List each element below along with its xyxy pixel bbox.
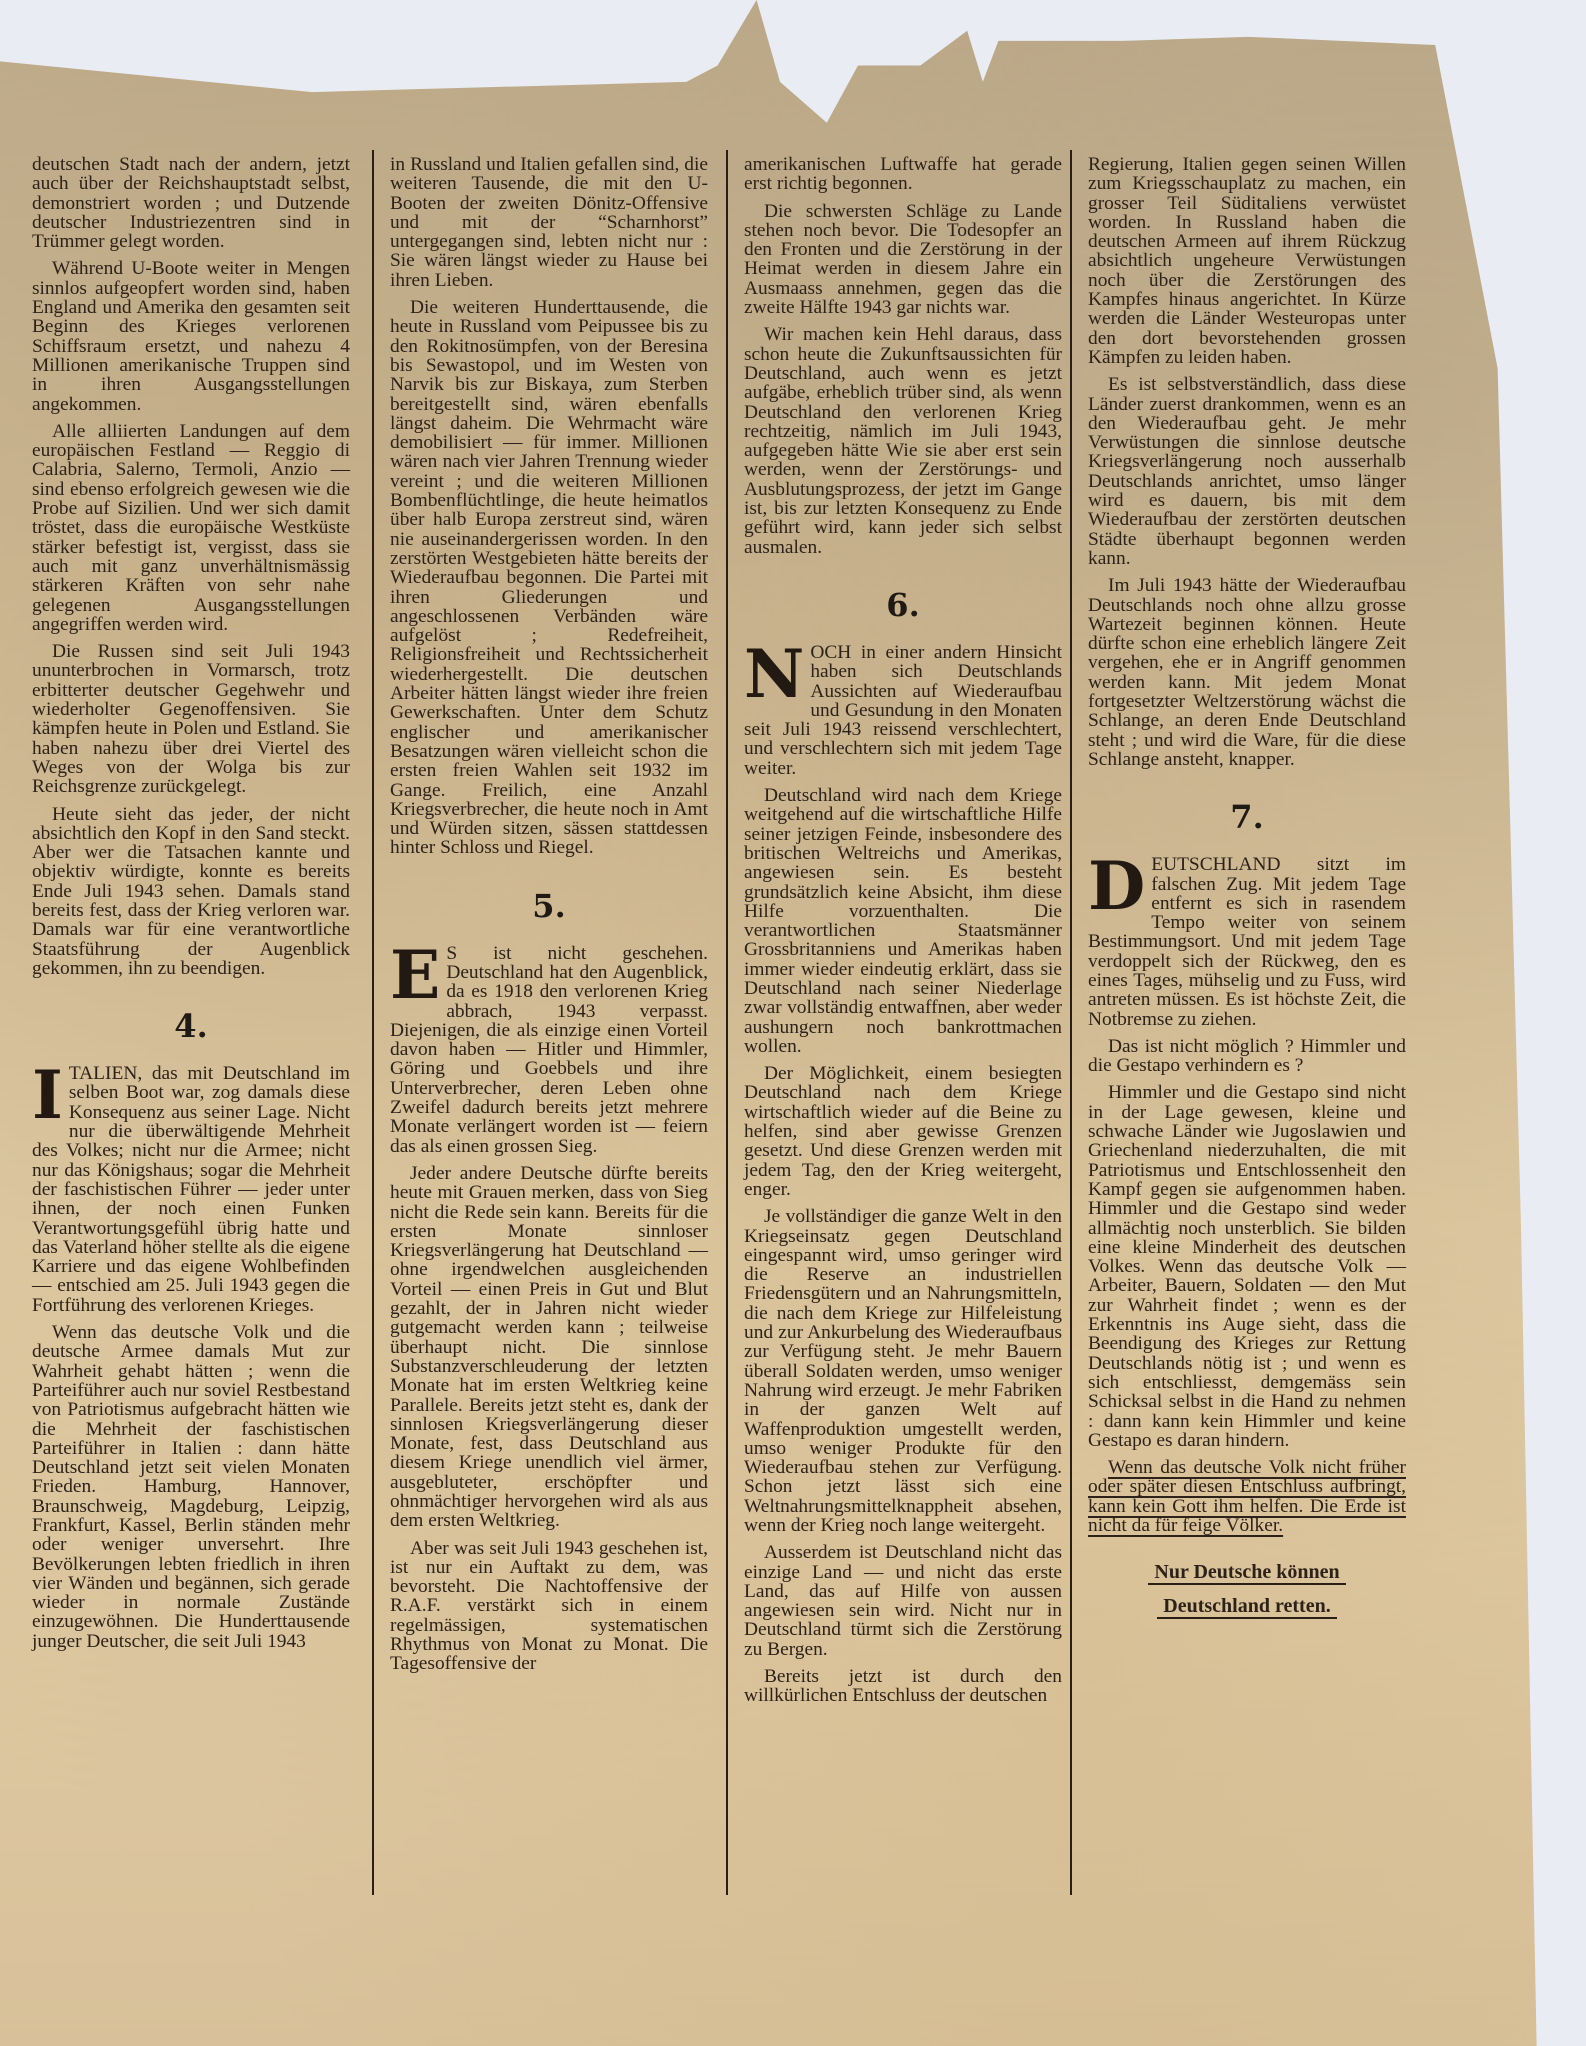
article-paragraph: Während U-Boote weiter in Mengen sinnlos… xyxy=(32,259,350,413)
article-paragraph: Regierung, Italien gegen seinen Willen z… xyxy=(1088,155,1406,367)
article-paragraph: Wenn das deutsche Volk und die deutsche … xyxy=(32,1323,350,1651)
column-rule xyxy=(372,150,374,1895)
article-paragraph: Aber was seit Juli 1943 geschehen ist, i… xyxy=(390,1539,708,1674)
lead-paragraph: ES ist nicht geschehen. Deutschland hat … xyxy=(390,944,708,1156)
emphasis-paragraph: Wenn das deutsche Volk nicht früher oder… xyxy=(1088,1458,1406,1535)
article-paragraph: amerikanischen Luftwaffe hat gerade erst… xyxy=(744,155,1062,194)
article-paragraph: Wir machen kein Hehl daraus, dass schon … xyxy=(744,325,1062,557)
column-2: in Russland und Italien gefallen sind, d… xyxy=(390,155,708,1682)
section-number: 5. xyxy=(390,886,708,926)
article-paragraph: Der Möglichkeit, einem besiegten Deutsch… xyxy=(744,1064,1062,1199)
drop-cap: I xyxy=(32,1068,63,1122)
article-paragraph: Ausserdem ist Deutschland nicht das einz… xyxy=(744,1543,1062,1659)
column-4: Regierung, Italien gegen seinen Willen z… xyxy=(1088,155,1406,1623)
slogan-line: Deutschland retten. xyxy=(1157,1595,1336,1619)
drop-cap: E xyxy=(390,948,440,1002)
article-paragraph: Deutschland wird nach dem Kriege weitgeh… xyxy=(744,786,1062,1056)
drop-cap: N xyxy=(744,647,804,701)
article-paragraph: Die Russen sind seit Juli 1943 ununterbr… xyxy=(32,642,350,796)
drop-cap: D xyxy=(1088,859,1145,913)
section-number: 7. xyxy=(1088,797,1406,837)
article-paragraph: Heute sieht das jeder, der nicht absicht… xyxy=(32,805,350,979)
article-paragraph: Alle alliierten Landungen auf dem europä… xyxy=(32,422,350,634)
section-number: 4. xyxy=(32,1006,350,1046)
article-paragraph: Die weiteren Hunderttausende, die heute … xyxy=(390,298,708,858)
article-paragraph: Jeder andere Deutsche dürfte bereits heu… xyxy=(390,1164,708,1531)
section-number: 6. xyxy=(744,585,1062,625)
article-paragraph: Himmler und die Gestapo sind nicht in de… xyxy=(1088,1083,1406,1450)
article-paragraph: Je vollständiger die ganze Welt in den K… xyxy=(744,1207,1062,1535)
lead-paragraph: DEUTSCHLAND sitzt im falschen Zug. Mit j… xyxy=(1088,855,1406,1029)
article-paragraph: Die schwersten Schläge zu Lande stehen n… xyxy=(744,202,1062,318)
column-3: amerikanischen Luftwaffe hat gerade erst… xyxy=(744,155,1062,1714)
article-paragraph: Das ist nicht möglich ? Himmler und die … xyxy=(1088,1037,1406,1076)
lead-text: TALIEN, das mit Deutschland im selben Bo… xyxy=(32,1063,350,1316)
closing-slogan: Nur Deutsche könnenDeutschland retten. xyxy=(1088,1555,1406,1623)
column-1: deutschen Stadt nach der andern, jetzt a… xyxy=(32,155,350,1659)
article-paragraph: Bereits jetzt ist durch den willkürliche… xyxy=(744,1667,1062,1706)
lead-paragraph: ITALIEN, das mit Deutschland im selben B… xyxy=(32,1064,350,1315)
slogan-line: Nur Deutsche können xyxy=(1148,1561,1345,1585)
article-paragraph: deutschen Stadt nach der andern, jetzt a… xyxy=(32,155,350,251)
article-paragraph: Es ist selbstverständlich, dass diese Lä… xyxy=(1088,375,1406,568)
column-rule xyxy=(726,150,728,1895)
article-paragraph: in Russland und Italien gefallen sind, d… xyxy=(390,155,708,290)
column-rule xyxy=(1070,150,1072,1895)
article-paragraph: Im Juli 1943 hätte der Wiederaufbau Deut… xyxy=(1088,576,1406,769)
lead-paragraph: NOCH in einer andern Hinsicht haben sich… xyxy=(744,643,1062,778)
